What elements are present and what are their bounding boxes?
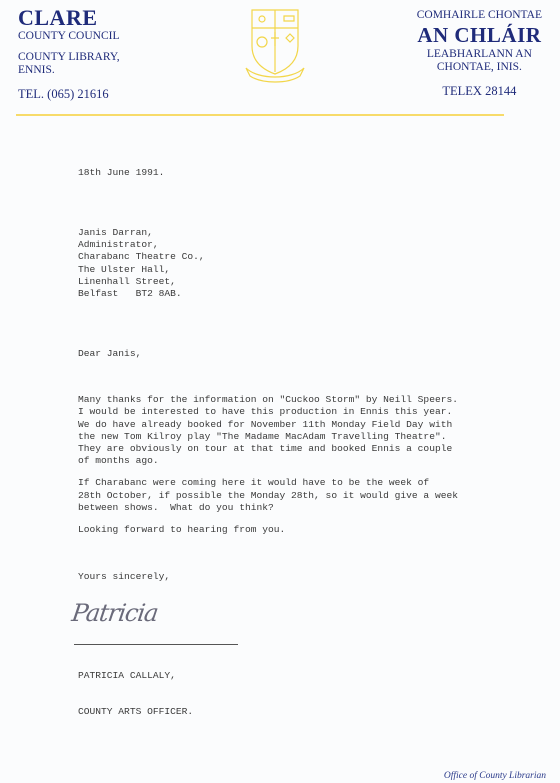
paragraph-line: I would be interested to have this produ… <box>78 406 548 418</box>
paragraph-line: If Charabanc were coming here it would h… <box>78 477 548 489</box>
office-stamp: Office of County Librarian <box>444 771 546 781</box>
handwritten-signature: Patricia <box>71 607 158 619</box>
paragraph: Looking forward to hearing from you. <box>78 524 548 536</box>
council-subtitle: COUNTY COUNCIL <box>18 30 120 43</box>
address-line: Belfast BT2 8AB. <box>78 288 548 300</box>
paragraph: If Charabanc were coming here it would h… <box>78 477 548 514</box>
paragraph-line: of months ago. <box>78 455 548 467</box>
library-line-2: ENNIS. <box>18 64 120 77</box>
paragraph-line: 28th October, if possible the Monday 28t… <box>78 490 548 502</box>
paragraph-line: They are obviously on tour at that time … <box>78 443 548 455</box>
phone-number: TEL. (065) 21616 <box>18 87 120 101</box>
letterhead-right: COMHAIRLE CHONTAE AN CHLÁIR LEABHARLANN … <box>417 6 542 98</box>
council-name-irish: AN CHLÁIR <box>417 22 542 48</box>
council-name-irish-prefix: COMHAIRLE CHONTAE <box>417 8 542 22</box>
address-line: Administrator, <box>78 239 548 251</box>
library-irish-line-2: CHONTAE, INIS. <box>417 61 542 74</box>
paragraph-line: the new Tom Kilroy play "The Madame MacA… <box>78 431 548 443</box>
paragraph: Many thanks for the information on "Cuck… <box>78 394 548 467</box>
paragraph-line: between shows. What do you think? <box>78 502 548 514</box>
address-line: Linenhall Street, <box>78 276 548 288</box>
telex-number: TELEX 28144 <box>417 84 542 98</box>
signature-area: Patricia <box>78 615 548 645</box>
salutation: Dear Janis, <box>78 348 548 360</box>
paragraph-line: Many thanks for the information on "Cuck… <box>78 394 548 406</box>
signatory-title: COUNTY ARTS OFFICER. <box>78 706 548 718</box>
letter-date: 18th June 1991. <box>78 167 548 179</box>
paragraph-line: We do have already booked for November 1… <box>78 419 548 431</box>
address-line: Charabanc Theatre Co., <box>78 251 548 263</box>
library-line-1: COUNTY LIBRARY, <box>18 51 120 64</box>
council-name: CLARE <box>18 6 120 30</box>
letter-body: 18th June 1991. Janis Darran,Administrat… <box>78 143 548 731</box>
address-line: Janis Darran, <box>78 227 548 239</box>
signature-line <box>74 644 238 645</box>
coat-of-arms-icon <box>244 6 306 84</box>
library-irish-line-1: LEABHARLANN AN <box>417 48 542 61</box>
closing: Yours sincerely, <box>78 571 548 583</box>
letterhead-left: CLARE COUNTY COUNCIL COUNTY LIBRARY, ENN… <box>18 6 120 101</box>
paragraph-line: Looking forward to hearing from you. <box>78 524 548 536</box>
signatory-name: PATRICIA CALLALY, <box>78 670 548 682</box>
letter-paragraphs: Many thanks for the information on "Cuck… <box>78 394 548 536</box>
header-divider <box>16 114 504 116</box>
address-line: The Ulster Hall, <box>78 264 548 276</box>
recipient-address: Janis Darran,Administrator,Charabanc The… <box>78 227 548 300</box>
